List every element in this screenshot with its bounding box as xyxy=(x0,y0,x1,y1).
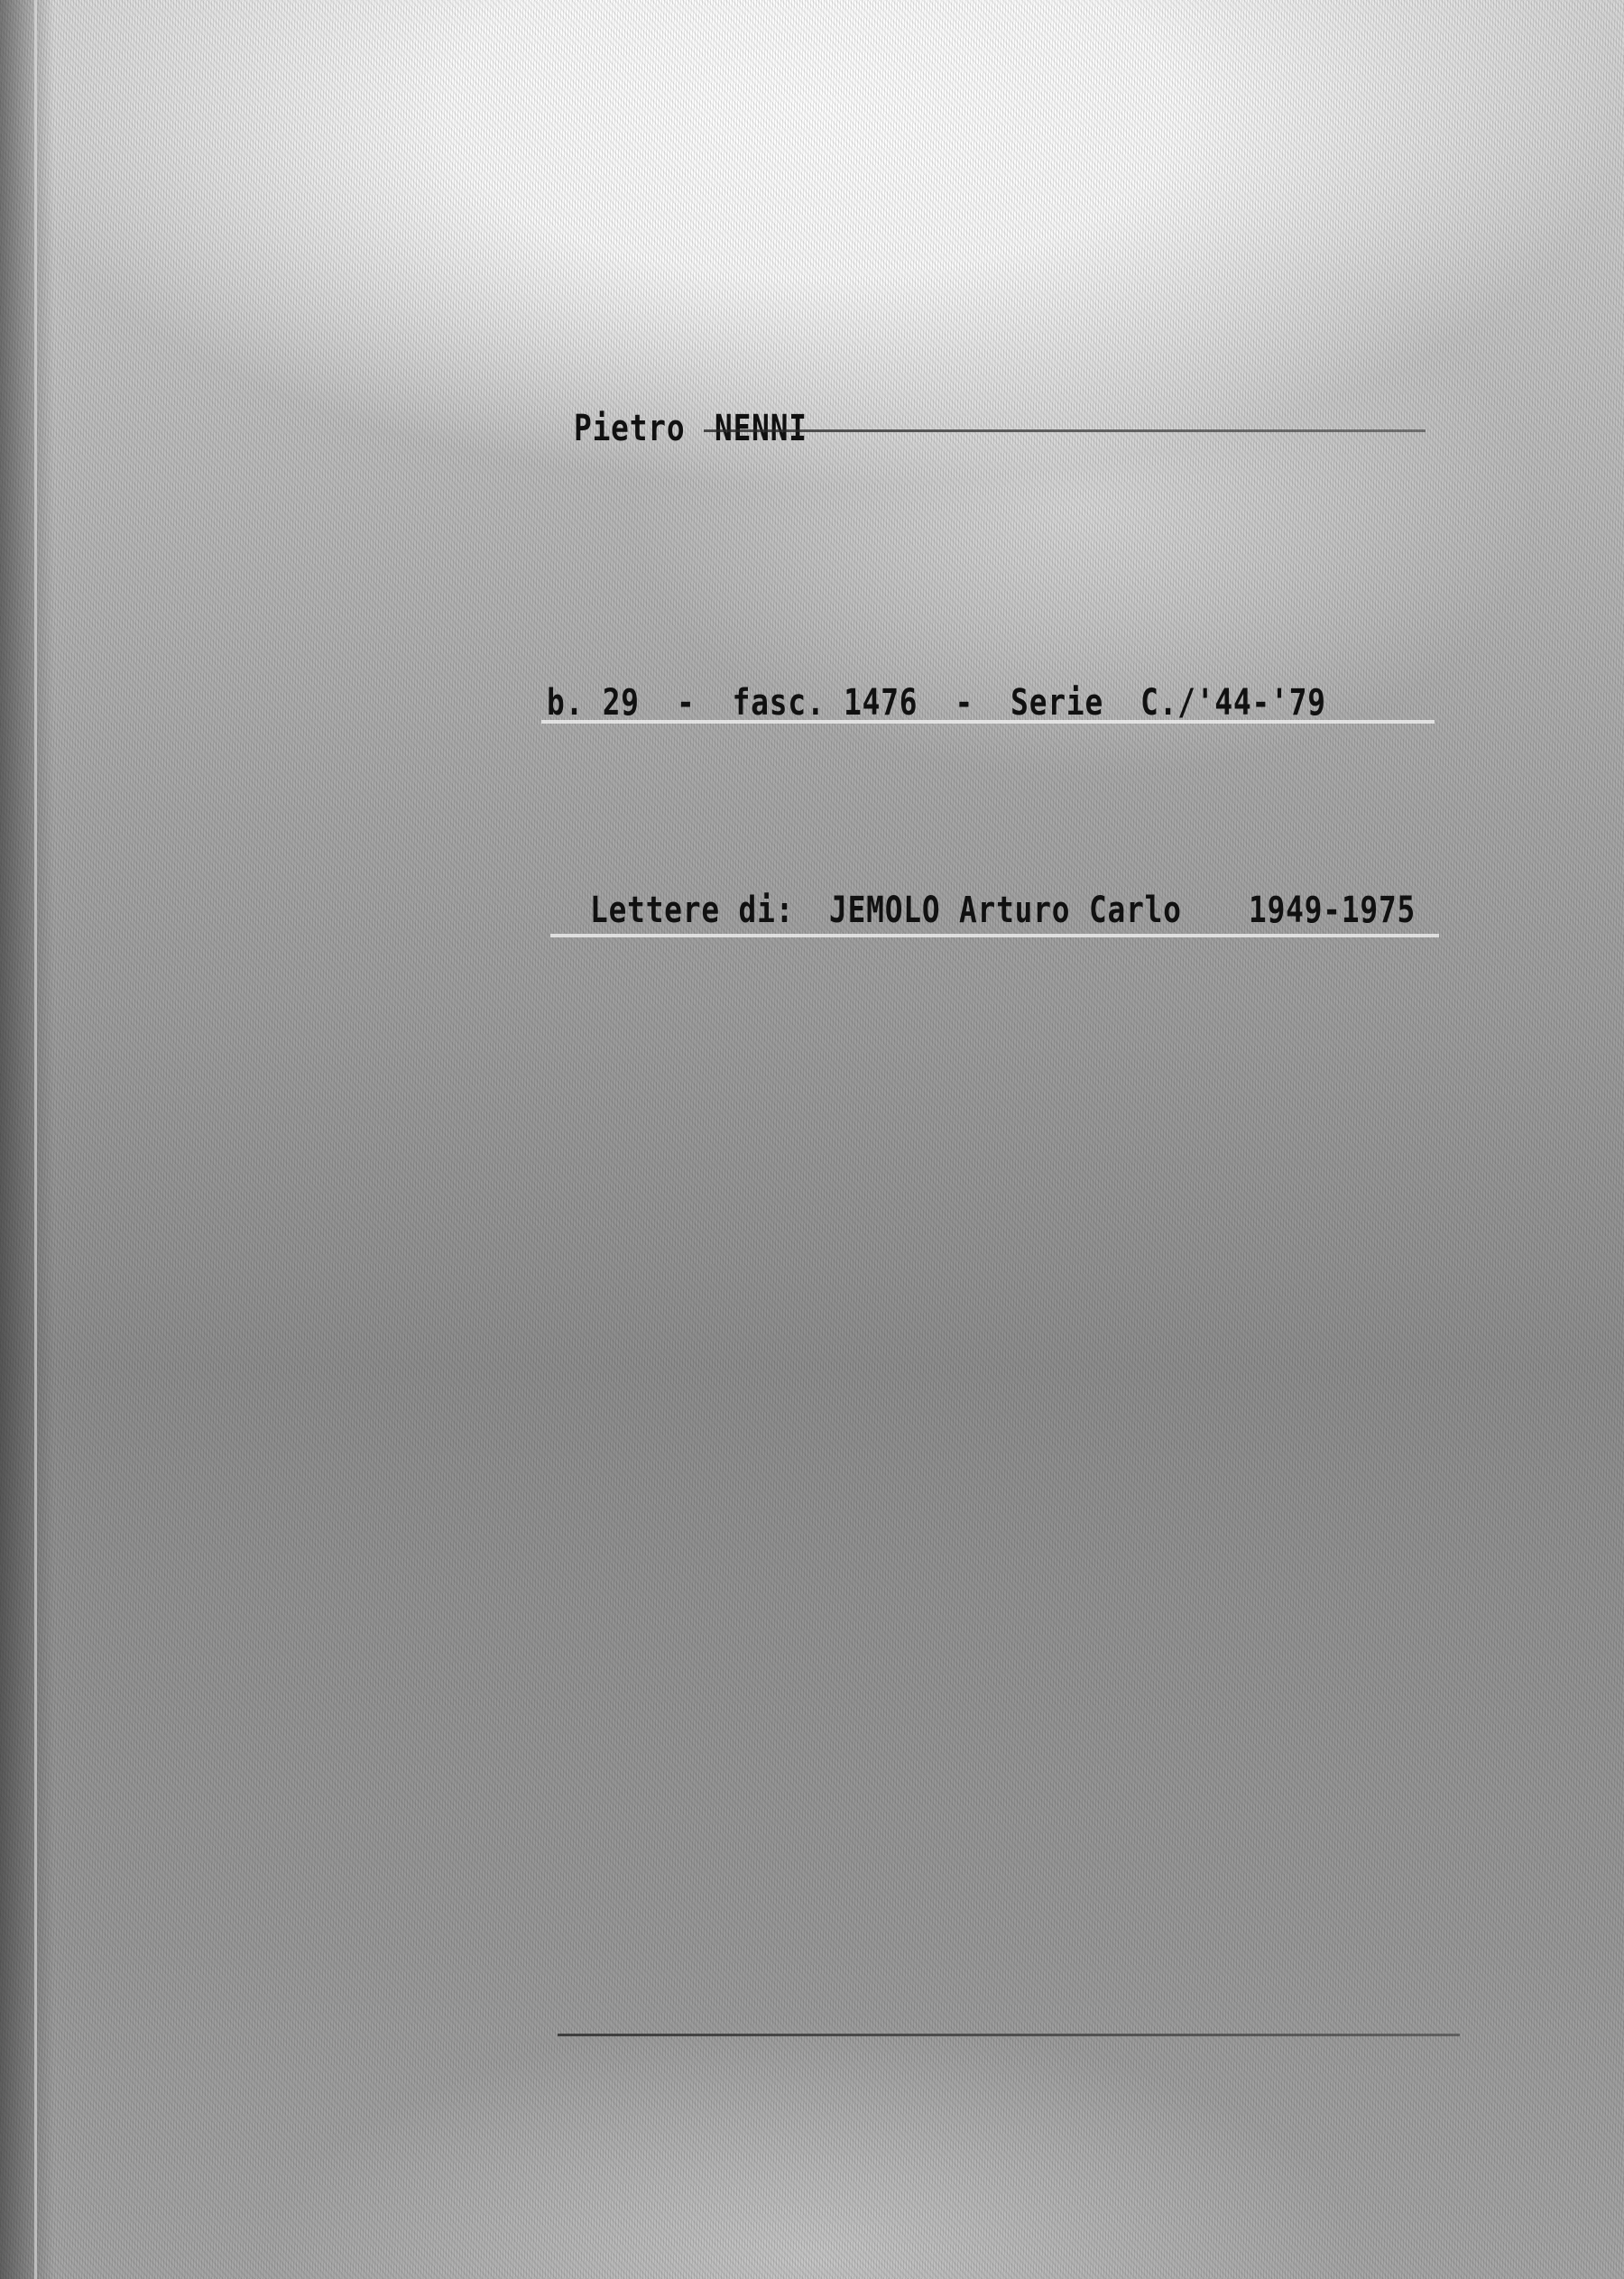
folder-spine-shadow xyxy=(0,0,54,2279)
letters-underline xyxy=(550,934,1439,937)
author-line: Pietro NENNI xyxy=(574,408,1476,462)
author-last-name: NENNI xyxy=(715,408,1339,449)
blank-underline xyxy=(558,2034,1460,2036)
letters-years: 1949-1975 xyxy=(1249,890,1448,931)
scan-noise xyxy=(0,0,1624,2279)
folder-spine-line xyxy=(34,0,37,2279)
archive-underline xyxy=(541,720,1435,724)
archive-reference: b. 29 - fasc. 1476 - Serie C./'44-'79 xyxy=(547,682,1430,724)
author-underline xyxy=(704,429,1426,432)
